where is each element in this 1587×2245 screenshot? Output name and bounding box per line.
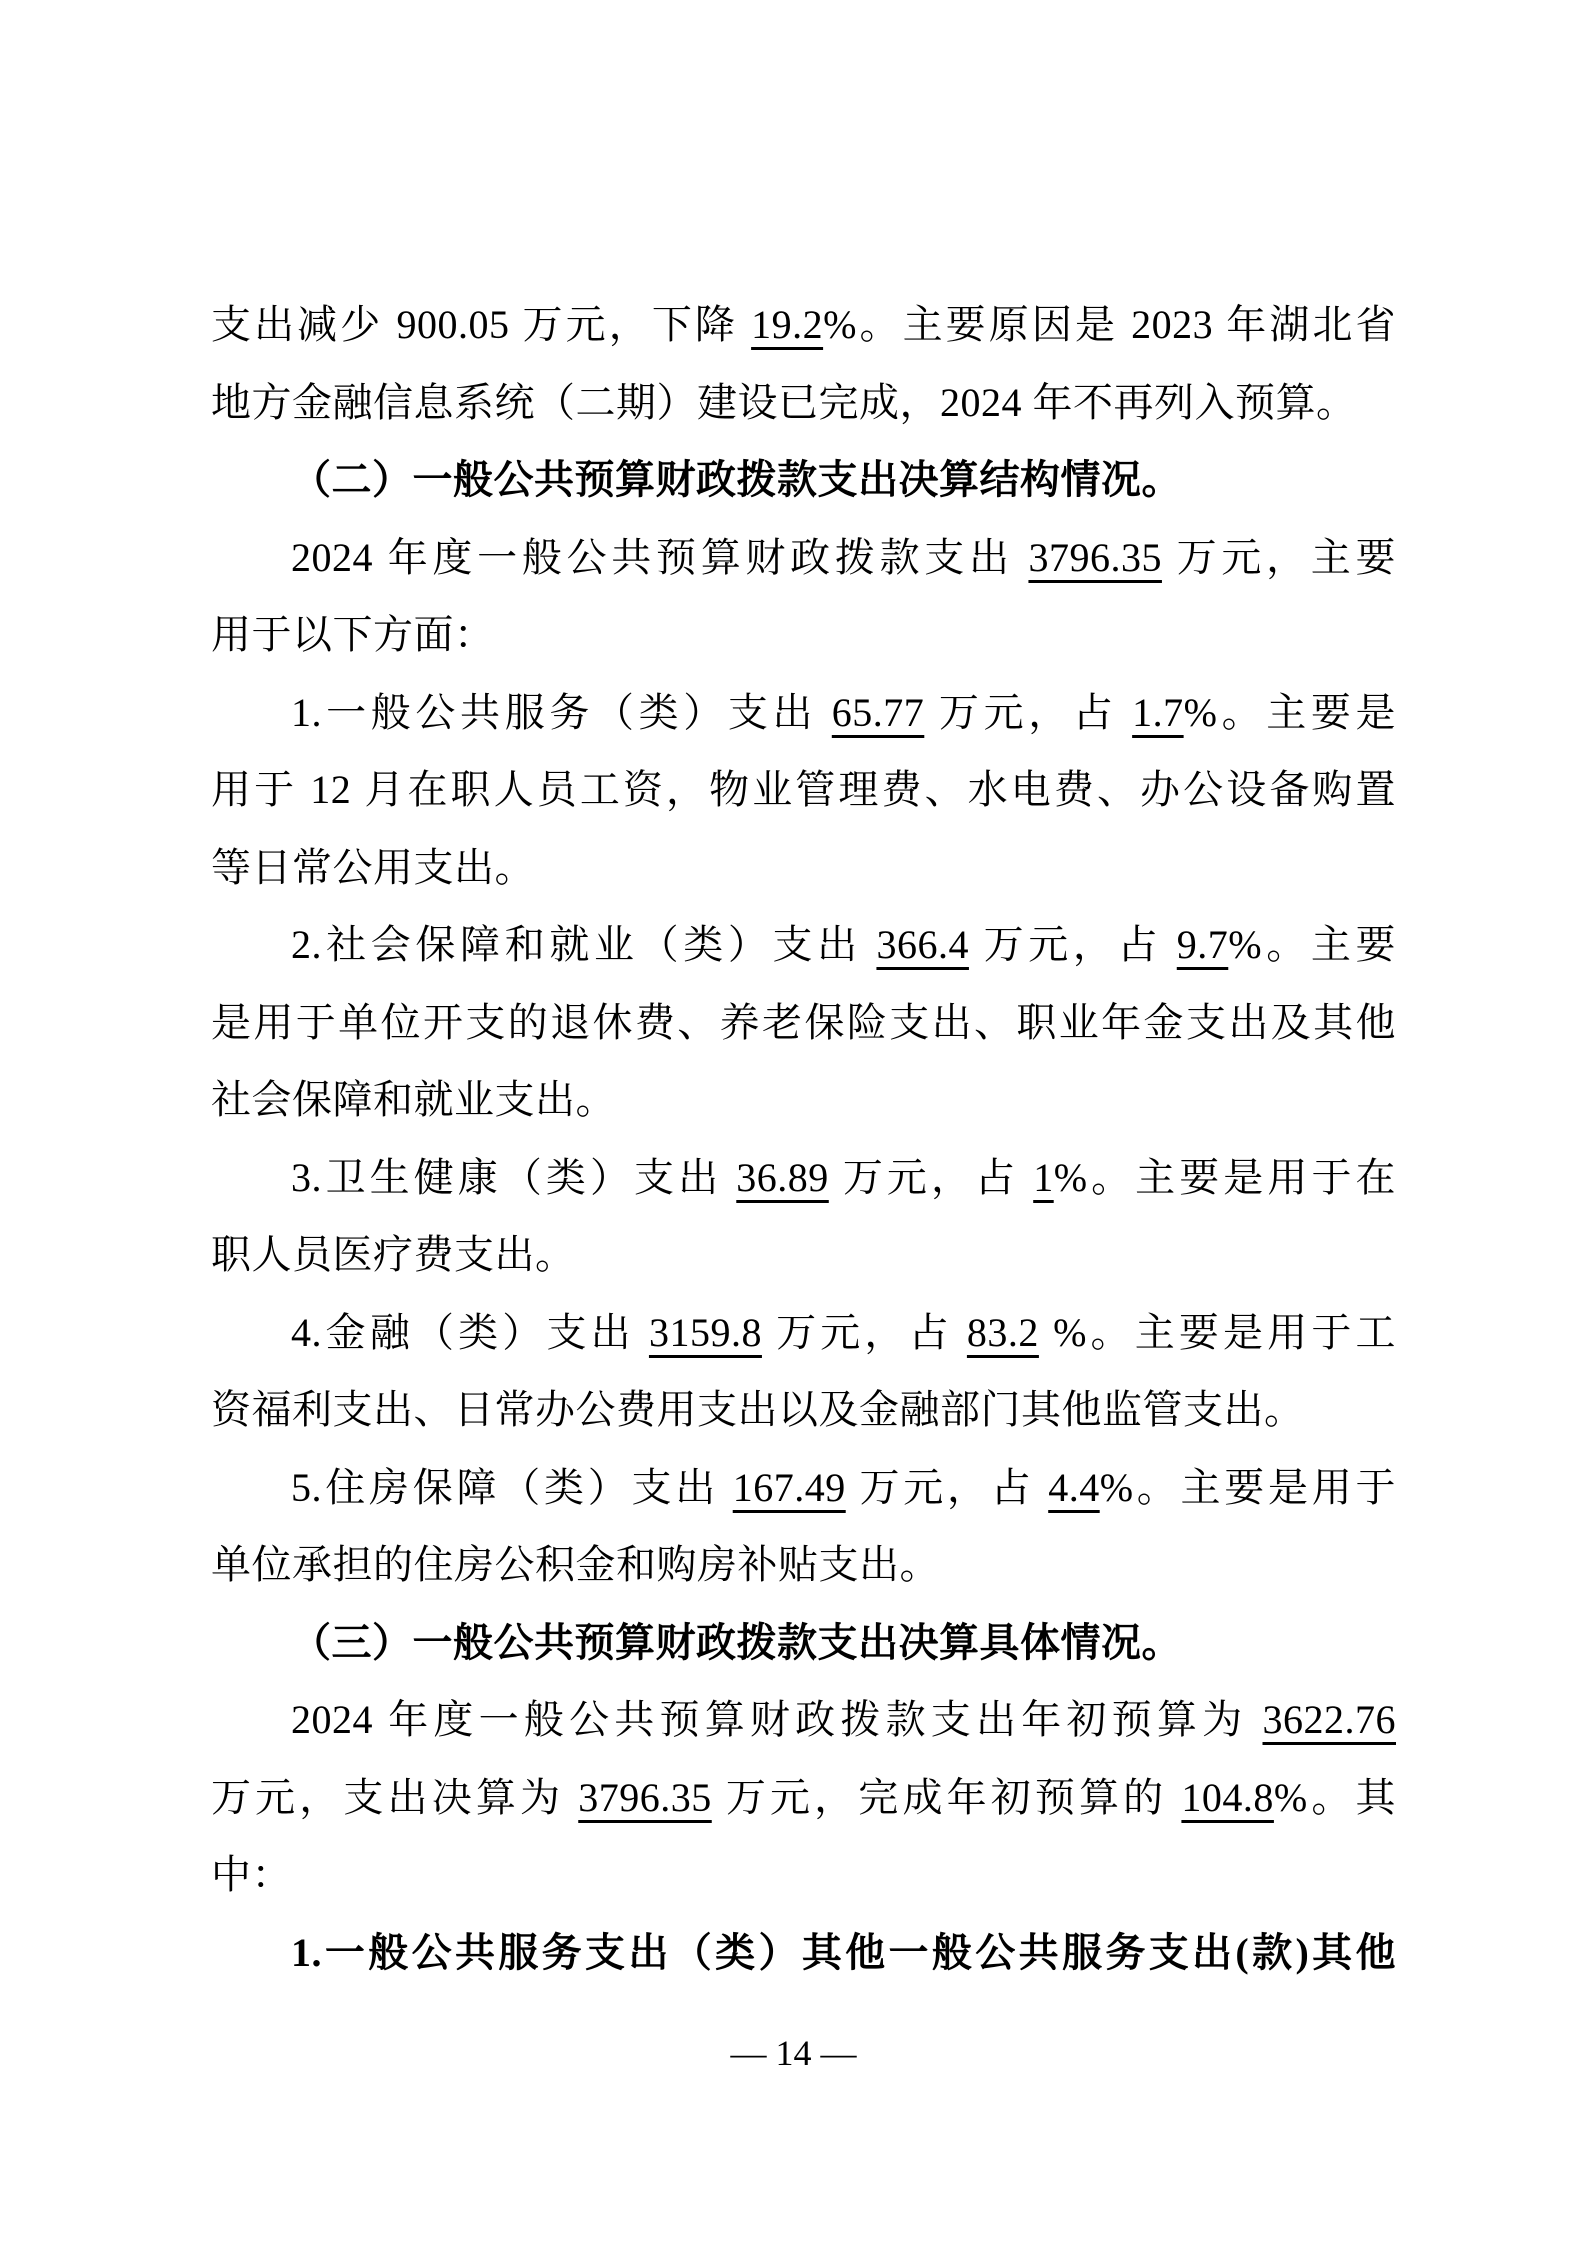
- text-segment: 中：: [211, 1852, 292, 1897]
- text-segment: 2.社会保障和就业（类）支出: [291, 922, 876, 967]
- text-segment: 单位承担的住房公积金和购房补贴支出。: [211, 1542, 940, 1587]
- text-line: 4.金融（类）支出 3159.8 万元，占 83.2 %。主要是用于工: [211, 1294, 1396, 1372]
- text-segment: 等日常公用支出。: [211, 845, 535, 890]
- text-line: 5.住房保障（类）支出 167.49 万元，占 4.4%。主要是用于: [211, 1449, 1396, 1527]
- text-segment: 1.一般公共服务支出（类）其他一般公共服务支出(款)其他: [291, 1930, 1396, 1975]
- underlined-value: 366.4: [876, 922, 969, 967]
- text-segment: 2024 年度一般公共预算财政拨款支出: [291, 535, 1028, 580]
- underlined-value: 3796.35: [578, 1775, 712, 1820]
- text-segment: 用于以下方面：: [211, 612, 495, 657]
- text-segment: %。主要是: [1184, 690, 1396, 735]
- heading-line: 1.一般公共服务支出（类）其他一般公共服务支出(款)其他: [211, 1914, 1396, 1992]
- underlined-value: 9.7: [1177, 922, 1229, 967]
- text-line: 中：: [211, 1836, 1396, 1914]
- text-segment: 用于 12 月在职人员工资，物业管理费、水电费、办公设备购置: [211, 767, 1396, 812]
- underlined-value: 83.2: [967, 1310, 1039, 1355]
- document-content: 支出减少 900.05 万元，下降 19.2%。主要原因是 2023 年湖北省地…: [211, 286, 1396, 1991]
- heading-line: （二）一般公共预算财政拨款支出决算结构情况。: [211, 441, 1396, 519]
- text-segment: 支出减少 900.05 万元，下降: [211, 302, 751, 347]
- text-line: 是用于单位开支的退休费、养老保险支出、职业年金支出及其他: [211, 984, 1396, 1062]
- text-segment: 资福利支出、日常办公费用支出以及金融部门其他监管支出。: [211, 1387, 1305, 1432]
- text-segment: （三）一般公共预算财政拨款支出决算具体情况。: [291, 1620, 1182, 1665]
- underlined-value: 4.4: [1048, 1465, 1100, 1510]
- text-segment: 万元，占: [846, 1465, 1048, 1510]
- text-line: 社会保障和就业支出。: [211, 1061, 1396, 1139]
- heading-line: （三）一般公共预算财政拨款支出决算具体情况。: [211, 1604, 1396, 1682]
- underlined-value: 19.2: [751, 302, 823, 347]
- text-segment: 是用于单位开支的退休费、养老保险支出、职业年金支出及其他: [211, 1000, 1396, 1045]
- text-line: 用于 12 月在职人员工资，物业管理费、水电费、办公设备购置: [211, 751, 1396, 829]
- text-segment: 职人员医疗费支出。: [211, 1232, 576, 1277]
- underlined-value: 167.49: [733, 1465, 846, 1510]
- underlined-value: 3622.76: [1263, 1697, 1397, 1742]
- underlined-value: 104.8: [1181, 1775, 1274, 1820]
- text-segment: 地方金融信息系统（二期）建设已完成，2024 年不再列入预算。: [211, 380, 1357, 425]
- text-segment: 万元，占: [829, 1155, 1033, 1200]
- text-segment: （二）一般公共预算财政拨款支出决算结构情况。: [291, 457, 1182, 502]
- text-line: 单位承担的住房公积金和购房补贴支出。: [211, 1526, 1396, 1604]
- text-segment: %。主要是用于在: [1054, 1155, 1396, 1200]
- underlined-value: 65.77: [832, 690, 925, 735]
- text-segment: 5.住房保障（类）支出: [291, 1465, 733, 1510]
- text-segment: 万元，完成年初预算的: [712, 1775, 1182, 1820]
- text-line: 支出减少 900.05 万元，下降 19.2%。主要原因是 2023 年湖北省: [211, 286, 1396, 364]
- page-number: — 14 —: [0, 2032, 1587, 2074]
- document-page: 支出减少 900.05 万元，下降 19.2%。主要原因是 2023 年湖北省地…: [0, 0, 1587, 2245]
- text-segment: 万元，占: [924, 690, 1132, 735]
- text-line: 3.卫生健康（类）支出 36.89 万元，占 1%。主要是用于在: [211, 1139, 1396, 1217]
- text-segment: 4.金融（类）支出: [291, 1310, 649, 1355]
- text-segment: 1.一般公共服务（类）支出: [291, 690, 832, 735]
- text-line: 1.一般公共服务（类）支出 65.77 万元，占 1.7%。主要是: [211, 674, 1396, 752]
- underlined-value: 1: [1033, 1155, 1054, 1200]
- text-line: 万元，支出决算为 3796.35 万元，完成年初预算的 104.8%。其: [211, 1759, 1396, 1837]
- text-segment: 社会保障和就业支出。: [211, 1077, 616, 1122]
- text-segment: %。主要是用于工: [1039, 1310, 1396, 1355]
- text-line: 2.社会保障和就业（类）支出 366.4 万元，占 9.7%。主要: [211, 906, 1396, 984]
- text-segment: 万元，支出决算为: [211, 1775, 578, 1820]
- text-segment: 万元，占: [969, 922, 1177, 967]
- text-segment: 2024 年度一般公共预算财政拨款支出年初预算为: [291, 1697, 1263, 1742]
- text-segment: %。主要原因是 2023 年湖北省: [823, 302, 1396, 347]
- text-line: 等日常公用支出。: [211, 829, 1396, 907]
- underlined-value: 3159.8: [649, 1310, 762, 1355]
- text-segment: 万元，主要: [1162, 535, 1396, 580]
- text-segment: 万元，占: [762, 1310, 967, 1355]
- text-segment: %。其: [1274, 1775, 1396, 1820]
- text-line: 2024 年度一般公共预算财政拨款支出 3796.35 万元，主要: [211, 519, 1396, 597]
- text-line: 资福利支出、日常办公费用支出以及金融部门其他监管支出。: [211, 1371, 1396, 1449]
- text-line: 用于以下方面：: [211, 596, 1396, 674]
- text-line: 职人员医疗费支出。: [211, 1216, 1396, 1294]
- text-segment: %。主要: [1228, 922, 1396, 967]
- text-line: 地方金融信息系统（二期）建设已完成，2024 年不再列入预算。: [211, 364, 1396, 442]
- underlined-value: 1.7: [1132, 690, 1184, 735]
- text-segment: %。主要是用于: [1100, 1465, 1396, 1510]
- text-line: 2024 年度一般公共预算财政拨款支出年初预算为 3622.76: [211, 1681, 1396, 1759]
- underlined-value: 3796.35: [1028, 535, 1162, 580]
- text-segment: 3.卫生健康（类）支出: [291, 1155, 736, 1200]
- underlined-value: 36.89: [736, 1155, 829, 1200]
